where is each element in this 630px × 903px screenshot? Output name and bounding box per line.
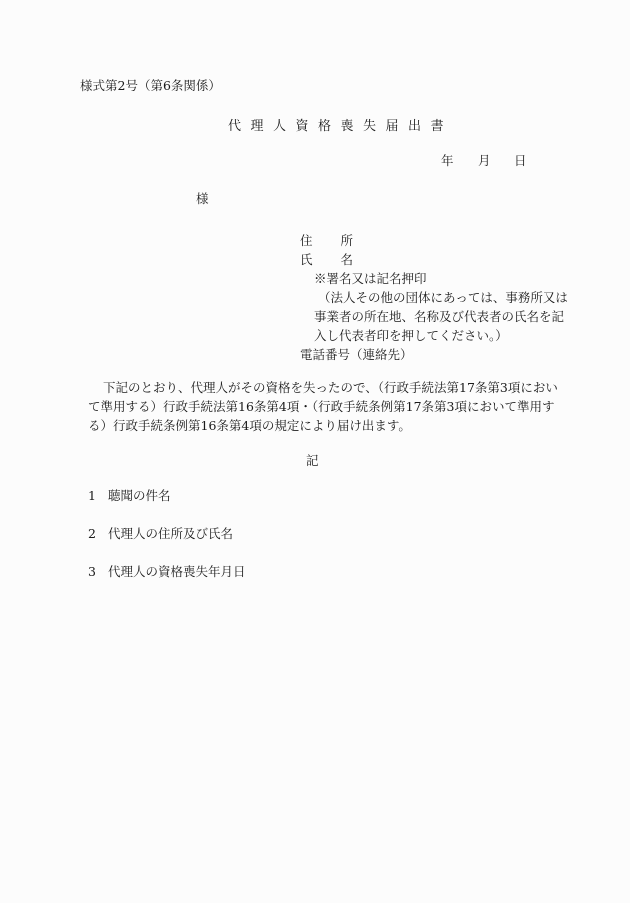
item-number: 3 (88, 566, 108, 579)
form-number: 様式第2号（第6条関係） (80, 80, 221, 93)
address-label: 住所 (300, 231, 568, 250)
date-day-label: 日 (514, 155, 527, 168)
addressee-suffix: 様 (196, 193, 209, 206)
date-month-label: 月 (478, 155, 491, 168)
corporate-note-line-3: 入し代表者印を押してください。） (300, 326, 568, 345)
corporate-note-line-1: （法人その他の団体にあっては、事務所又は (300, 288, 568, 307)
ki-heading: 記 (306, 455, 319, 468)
sender-block: 住所 氏名 ※署名又は記名押印 （法人その他の団体にあっては、事務所又は 事業者… (300, 231, 568, 364)
list-item: 3代理人の資格喪失年月日 (88, 566, 246, 579)
address-label-char-2: 所 (341, 233, 354, 248)
list-item: 2代理人の住所及び氏名 (88, 528, 233, 541)
item-number: 2 (88, 528, 108, 541)
item-label: 代理人の資格喪失年月日 (108, 564, 246, 579)
phone-label: 電話番号（連絡先） (300, 345, 568, 364)
name-label: 氏名 (300, 250, 568, 269)
item-label: 聴聞の件名 (108, 488, 171, 503)
name-label-char-1: 氏 (300, 252, 313, 267)
item-number: 1 (88, 490, 108, 503)
date-year-label: 年 (441, 155, 454, 168)
document-title: 代理人資格喪失届出書 (228, 120, 453, 133)
name-label-char-2: 名 (341, 252, 354, 267)
list-item: 1聴聞の件名 (88, 490, 171, 503)
body-paragraph: 下記のとおり、代理人がその資格を失ったので、（行政手続法第17条第3項において準… (88, 378, 558, 435)
item-label: 代理人の住所及び氏名 (108, 526, 233, 541)
address-label-char-1: 住 (300, 233, 313, 248)
signature-note: ※署名又は記名押印 (300, 269, 568, 288)
corporate-note-line-2: 事業者の所在地、名称及び代表者の氏名を記 (300, 307, 568, 326)
